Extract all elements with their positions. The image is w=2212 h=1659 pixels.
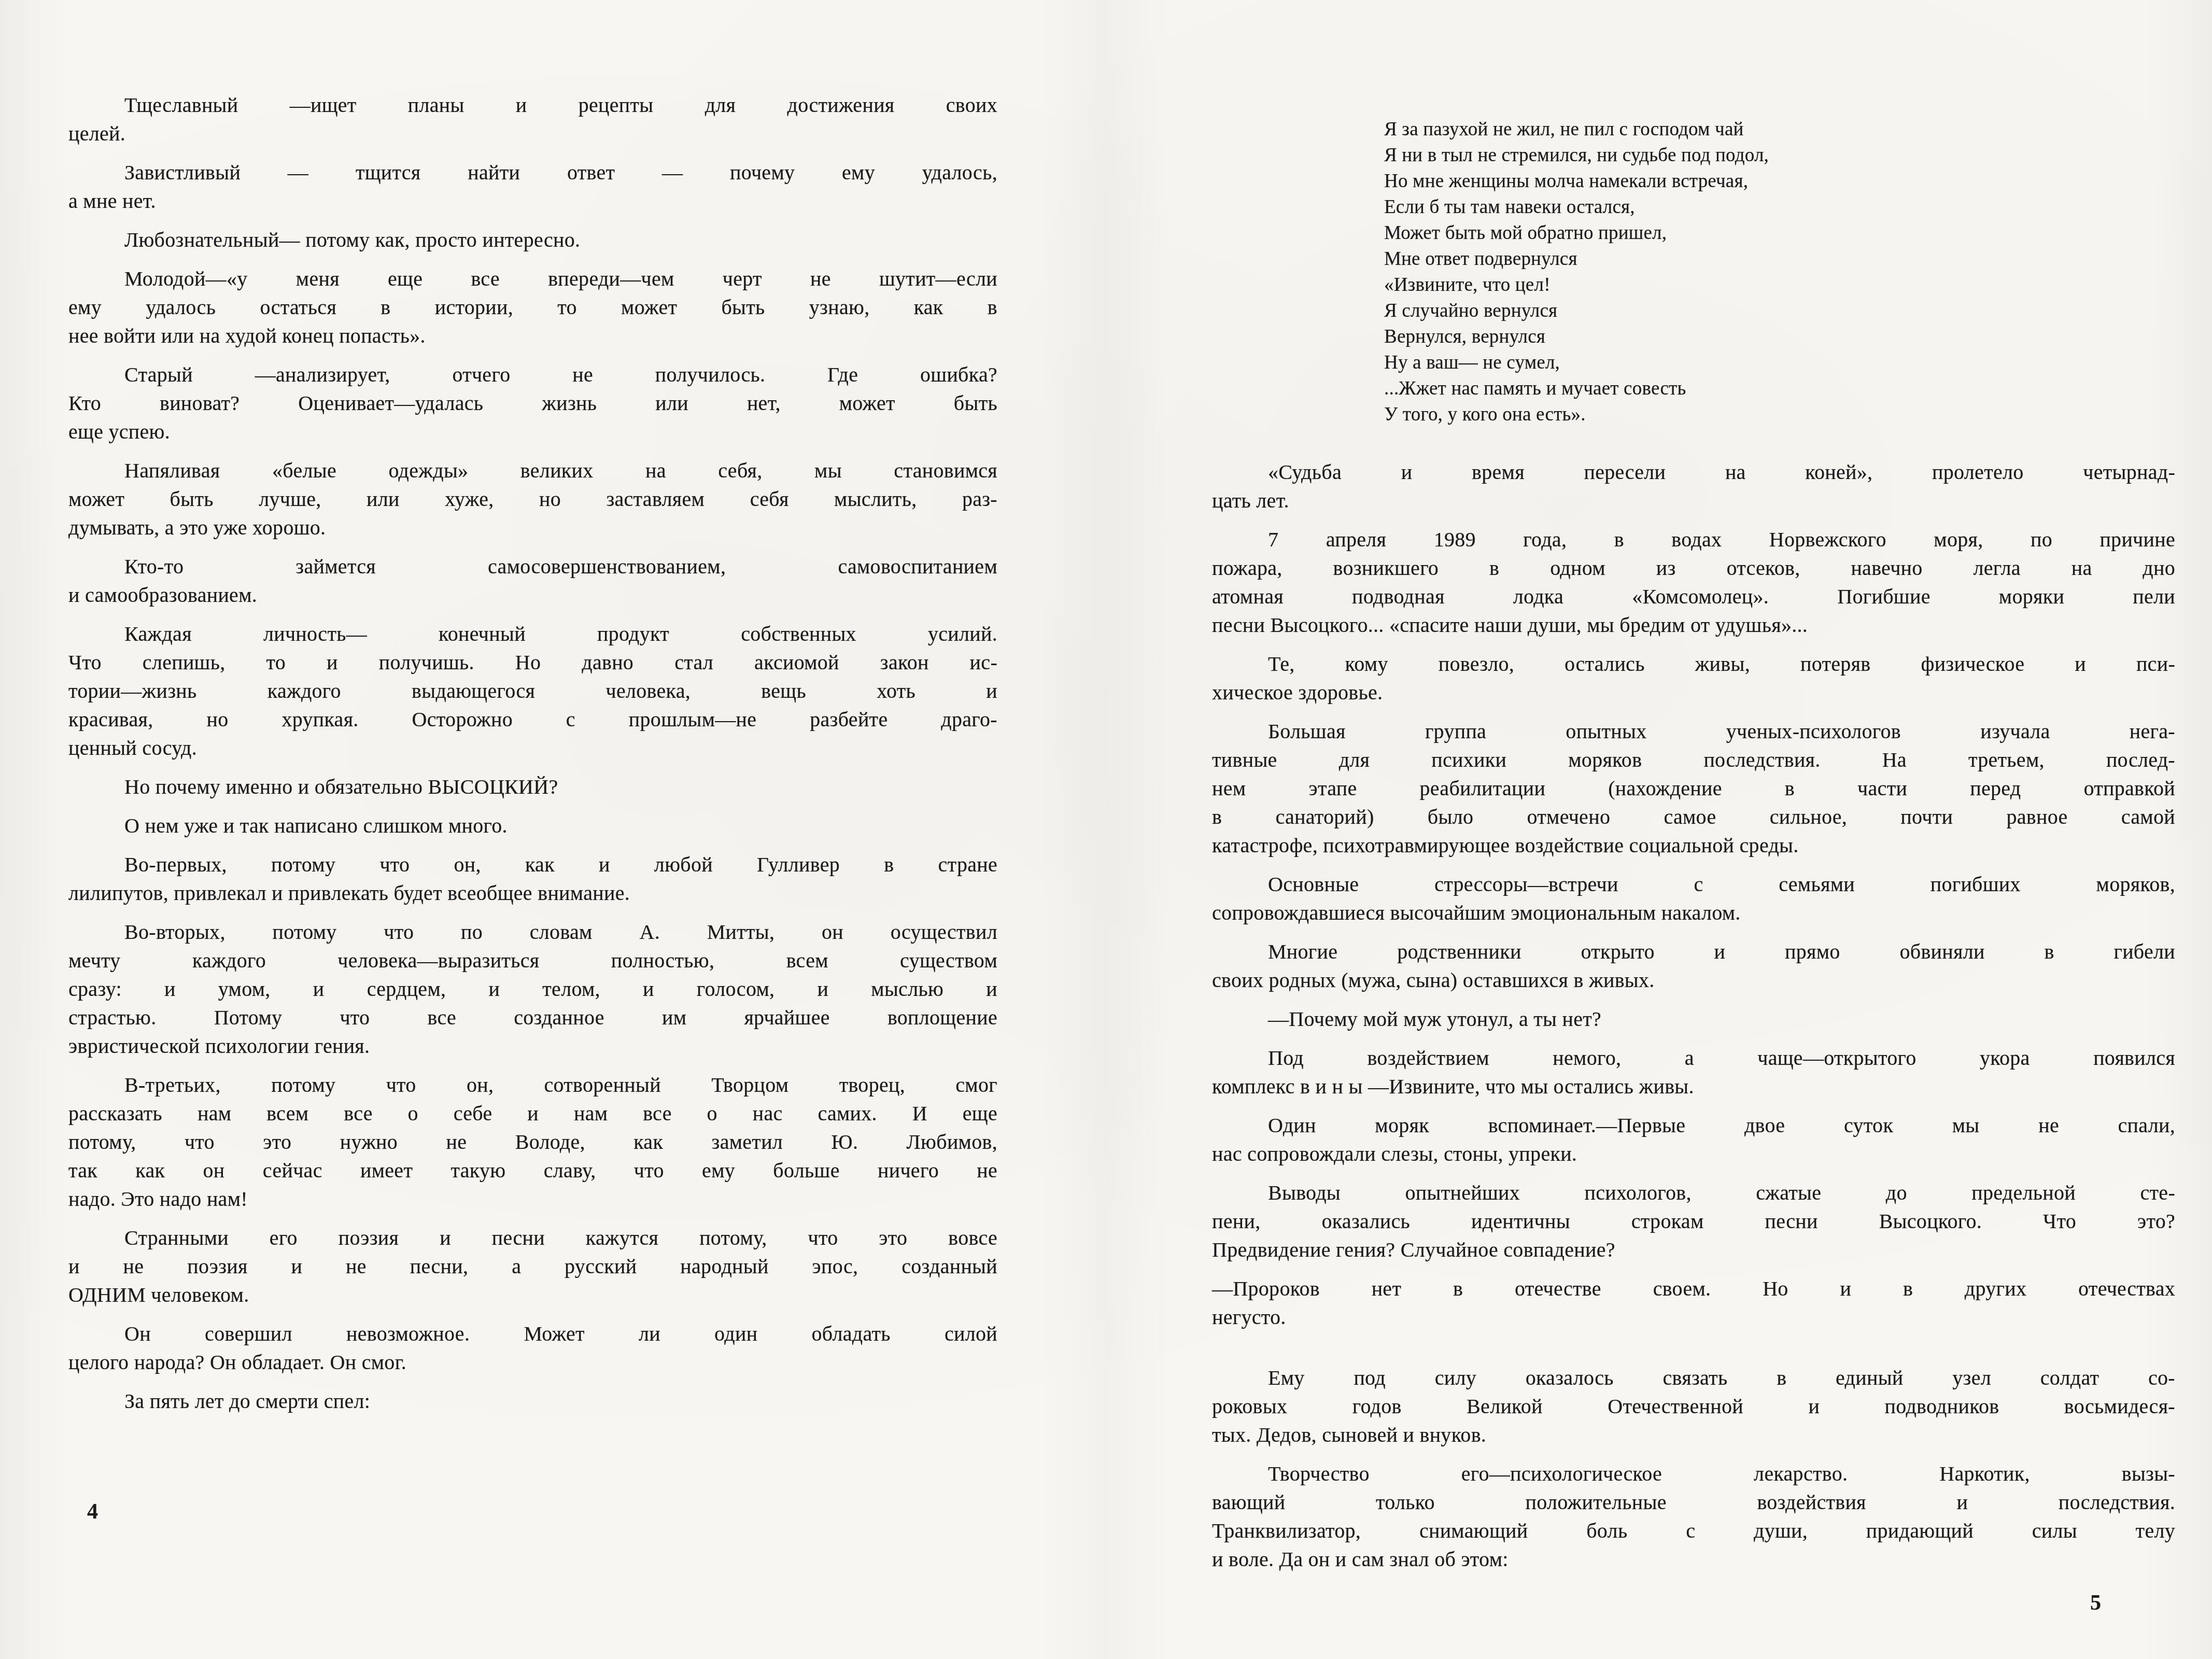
text-line: ему удалось остаться в истории, то может… (68, 293, 997, 321)
text-line: пени, оказались идентичны строкам песни … (1212, 1207, 2175, 1235)
text-line: «Судьба и время пересели на коней», прол… (1212, 458, 2175, 486)
paragraph: Молодой—«у меня еще все впереди—чем черт… (68, 264, 997, 350)
text-line: тории—жизнь каждого выдающегося человека… (68, 677, 997, 705)
text-line: надо. Это надо нам! (68, 1185, 997, 1213)
text-line: Транквилизатор, снимающий боль с души, п… (1212, 1516, 2175, 1545)
text-line: —Пророков нет в отечестве своем. Но и в … (1212, 1274, 2175, 1303)
paragraph: Основные стрессоры—встречи с семьями пог… (1212, 870, 2175, 927)
poem: Я за пазухой не жил, не пил с господом ч… (1384, 117, 2175, 428)
text-line: Большая группа опытных ученых-психологов… (1212, 717, 2175, 746)
paragraph: —Почему мой муж утонул, а ты нет? (1212, 1005, 2175, 1033)
text-line: Напяливая «белые одежды» великих на себя… (68, 456, 997, 485)
poem-line: Я ни в тыл не стремился, ни судьбе под п… (1384, 143, 2175, 168)
paragraph: Большая группа опытных ученых-психологов… (1212, 717, 2175, 860)
text-line: мечту каждого человека—выразиться полнос… (68, 946, 997, 975)
text-line: пожара, возникшего в одном из отсеков, н… (1212, 554, 2175, 582)
paragraph: Он совершил невозможное. Может ли один о… (68, 1319, 997, 1376)
paragraph: Завистливый — тщится найти ответ — почем… (68, 158, 997, 215)
text-line: Странными его поэзия и песни кажутся пот… (68, 1224, 997, 1252)
poem-line: Мне ответ подвернулся (1384, 246, 2175, 272)
text-line: нас сопровождали слезы, стоны, упреки. (1212, 1140, 2175, 1168)
poem-line: «Извините, что цел! (1384, 272, 2175, 298)
poem-line: У того, у кого она есть». (1384, 402, 2175, 428)
text-line: а мне нет. (68, 187, 997, 215)
text-line: цать лет. (1212, 486, 2175, 515)
paragraph: За пять лет до смерти спел: (68, 1387, 997, 1415)
text-line: катастрофе, психотравмирующее воздействи… (1212, 831, 2175, 860)
paragraph: Странными его поэзия и песни кажутся пот… (68, 1224, 997, 1309)
paragraph: Один моряк вспоминает.—Первые двое суток… (1212, 1111, 2175, 1168)
poem-line: Я за пазухой не жил, не пил с господом ч… (1384, 117, 2175, 143)
text-line: лилипутов, привлекал и привлекать будет … (68, 879, 997, 907)
paragraph: Каждая личность— конечный продукт собств… (68, 620, 997, 762)
text-line: Кто виноват? Оценивает—удалась жизнь или… (68, 389, 997, 417)
text-line: В-третьих, потому что он, сотворенный Тв… (68, 1071, 997, 1099)
poem-line: Вернулся, вернулся (1384, 324, 2175, 350)
text-line: и не поэзия и не песни, а русский народн… (68, 1252, 997, 1281)
left-page-text: Тщеславный —ищет планы и рецепты для дос… (68, 91, 997, 1426)
text-line: так как он сейчас имеет такую славу, что… (68, 1156, 997, 1185)
paragraph: 7 апреля 1989 года, в водах Норвежского … (1212, 525, 2175, 639)
text-line: Ему под силу оказалось связать в единый … (1212, 1363, 2175, 1392)
text-line: красивая, но хрупкая. Осторожно с прошлы… (68, 705, 997, 734)
paragraph: В-третьих, потому что он, сотворенный Тв… (68, 1071, 997, 1213)
paragraph: Те, кому повезло, остались живы, потеряв… (1212, 650, 2175, 707)
text-line: ОДНИМ человеком. (68, 1281, 997, 1309)
paragraph: Во-первых, потому что он, как и любой Гу… (68, 850, 997, 907)
text-line: нее войти или на худой конец попасть». (68, 321, 997, 350)
text-line: Завистливый — тщится найти ответ — почем… (68, 158, 997, 187)
text-line: может быть лучше, или хуже, но заставляе… (68, 485, 997, 513)
text-line: роковых годов Великой Отечественной и по… (1212, 1392, 2175, 1421)
paragraph: Ему под силу оказалось связать в единый … (1212, 1363, 2175, 1449)
text-line: и воле. Да он и сам знал об этом: (1212, 1545, 2175, 1573)
text-line: Многие родственники открыто и прямо обви… (1212, 937, 2175, 966)
text-line: ценный сосуд. (68, 734, 997, 762)
text-line: потому, что это нужно не Володе, как зам… (68, 1128, 997, 1156)
text-line: тивные для психики моряков последствия. … (1212, 746, 2175, 774)
text-line: Основные стрессоры—встречи с семьями пог… (1212, 870, 2175, 898)
text-line: Во-вторых, потому что по словам А. Митты… (68, 918, 997, 946)
text-line: хическое здоровье. (1212, 678, 2175, 707)
text-line: рассказать нам всем все о себе и нам все… (68, 1099, 997, 1128)
paragraph: Многие родственники открыто и прямо обви… (1212, 937, 2175, 994)
right-page-paragraphs: «Судьба и время пересели на коней», прол… (1212, 458, 2175, 1573)
text-line: комплекс в и н ы —Извините, что мы остал… (1212, 1072, 2175, 1101)
paragraph: Кто-то займется самосовершенствованием, … (68, 552, 997, 609)
text-line: тых. Дедов, сыновей и внуков. (1212, 1421, 2175, 1449)
poem-line: Если б ты там навеки остался, (1384, 194, 2175, 220)
text-line: —Почему мой муж утонул, а ты нет? (1212, 1005, 2175, 1033)
text-line: Любознательный— потому как, просто интер… (68, 226, 997, 254)
text-line: и самообразованием. (68, 581, 997, 609)
text-line: Каждая личность— конечный продукт собств… (68, 620, 997, 648)
text-line: целого народа? Он обладает. Он смог. (68, 1348, 997, 1376)
text-line: песни Высоцкого... «спасите наши души, м… (1212, 611, 2175, 639)
paragraph: О нем уже и так написано слишком много. (68, 811, 997, 840)
paragraph: Творчество его—психологическое лекарство… (1212, 1459, 2175, 1573)
poem-line: Ну а ваш— не сумел, (1384, 350, 2175, 376)
page-number-left: 4 (87, 1499, 98, 1524)
text-line: Один моряк вспоминает.—Первые двое суток… (1212, 1111, 2175, 1140)
poem-line: Я случайно вернулся (1384, 298, 2175, 324)
text-line: Предвидение гения? Случайное совпадение? (1212, 1235, 2175, 1264)
text-line: целей. (68, 119, 997, 148)
text-line: еще успею. (68, 417, 997, 446)
text-line: Под воздействием немого, а чаще—открытог… (1212, 1044, 2175, 1072)
text-line: Старый —анализирует, отчего не получилос… (68, 360, 997, 389)
text-line: вающий только положительные воздействия … (1212, 1488, 2175, 1516)
paragraph: —Пророков нет в отечестве своем. Но и в … (1212, 1274, 2175, 1331)
paragraph: Во-вторых, потому что по словам А. Митты… (68, 918, 997, 1060)
paragraph: «Судьба и время пересели на коней», прол… (1212, 458, 2175, 515)
right-page-text: Я за пазухой не жил, не пил с господом ч… (1212, 117, 2175, 1584)
text-line: страстью. Потому что все созданное им яр… (68, 1003, 997, 1032)
text-line: сопровождавшиеся высочайшим эмоциональны… (1212, 898, 2175, 927)
text-line: О нем уже и так написано слишком много. (68, 811, 997, 840)
text-line: думывать, а это уже хорошо. (68, 513, 997, 542)
text-line: Но почему именно и обязательно ВЫСОЦКИЙ? (68, 772, 997, 801)
text-line: Что слепишь, то и получишь. Но давно ста… (68, 648, 997, 677)
text-line: Кто-то займется самосовершенствованием, … (68, 552, 997, 581)
text-line: За пять лет до смерти спел: (68, 1387, 997, 1415)
text-line: нем этапе реабилитации (нахождение в час… (1212, 774, 2175, 803)
text-line: Молодой—«у меня еще все впереди—чем черт… (68, 264, 997, 293)
poem-line: ...Жжет нас память и мучает совесть (1384, 376, 2175, 402)
text-line: 7 апреля 1989 года, в водах Норвежского … (1212, 525, 2175, 554)
poem-line: Но мне женщины молча намекали встречая, (1384, 168, 2175, 194)
text-line: Тщеславный —ищет планы и рецепты для дос… (68, 91, 997, 119)
paragraph: Напяливая «белые одежды» великих на себя… (68, 456, 997, 542)
text-line: атомная подводная лодка «Комсомолец». По… (1212, 582, 2175, 611)
text-line: сразу: и умом, и сердцем, и телом, и гол… (68, 975, 997, 1003)
paragraph: Тщеславный —ищет планы и рецепты для дос… (68, 91, 997, 148)
text-line: в санаторий) было отмечено самое сильное… (1212, 803, 2175, 831)
paragraph: Выводы опытнейших психологов, сжатые до … (1212, 1178, 2175, 1264)
paragraph: Под воздействием немого, а чаще—открытог… (1212, 1044, 2175, 1101)
text-line: Творчество его—психологическое лекарство… (1212, 1459, 2175, 1488)
text-line: эвристической психологии гения. (68, 1032, 997, 1060)
text-line: своих родных (мужа, сына) оставшихся в ж… (1212, 966, 2175, 994)
text-line: Те, кому повезло, остались живы, потеряв… (1212, 650, 2175, 678)
text-line: Он совершил невозможное. Может ли один о… (68, 1319, 997, 1348)
text-line: Во-первых, потому что он, как и любой Гу… (68, 850, 997, 879)
text-line: Выводы опытнейших психологов, сжатые до … (1212, 1178, 2175, 1207)
text-line: негусто. (1212, 1303, 2175, 1331)
poem-line: Может быть мой обратно пришел, (1384, 220, 2175, 246)
page-number-right: 5 (2090, 1591, 2101, 1615)
paragraph: Старый —анализирует, отчего не получилос… (68, 360, 997, 446)
paragraph: Но почему именно и обязательно ВЫСОЦКИЙ? (68, 772, 997, 801)
paragraph: Любознательный— потому как, просто интер… (68, 226, 997, 254)
